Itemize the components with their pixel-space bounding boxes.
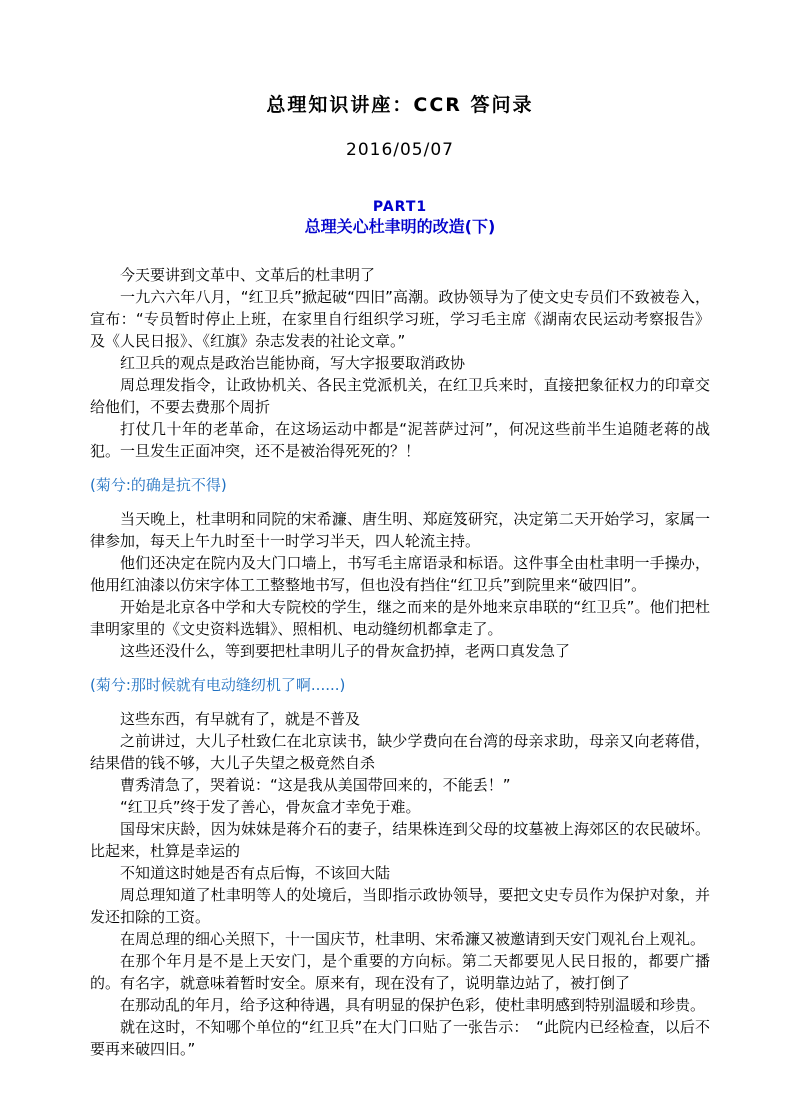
part-label: PART1 bbox=[90, 200, 710, 214]
annotation-line: (菊兮:的确是抗不得) bbox=[90, 474, 710, 496]
paragraph: 曹秀清急了，哭着说：“这是我从美国带回来的，不能丢！” bbox=[90, 774, 710, 796]
paragraph: 周总理知道了杜聿明等人的处境后，当即指示政协领导，要把文史专员作为保护对象，并发… bbox=[90, 884, 710, 928]
paragraph: 打仗几十年的老革命，在这场运动中都是“泥菩萨过河”，何况这些前半生追随老蒋的战犯… bbox=[90, 418, 710, 462]
part-title: 总理关心杜聿明的改造(下) bbox=[90, 218, 710, 236]
paragraph: 他们还决定在院内及大门口墙上，书写毛主席语录和标语。这件事全由杜聿明一手操办，他… bbox=[90, 552, 710, 596]
paragraph: 一九六六年八月，“红卫兵”掀起破“四旧”高潮。政协领导为了使文史专员们不致被卷入… bbox=[90, 286, 710, 352]
paragraph: 这些东西，有早就有了，就是不普及 bbox=[90, 708, 710, 730]
paragraph: 在周总理的细心关照下，十一国庆节，杜聿明、宋希濂又被邀请到天安门观礼台上观礼。 bbox=[90, 928, 710, 950]
paragraph: 在那动乱的年月，给予这种待遇，具有明显的保护色彩，使杜聿明感到特别温暖和珍贵。 bbox=[90, 994, 710, 1016]
paragraph: 在那个年月是不是上天安门，是个重要的方向标。第二天都要见人民日报的，都要广播的。… bbox=[90, 950, 710, 994]
article-body: 今天要讲到文革中、文革后的杜聿明了一九六六年八月，“红卫兵”掀起破“四旧”高潮。… bbox=[90, 264, 710, 1060]
paragraph: 不知道这时她是否有点后悔，不该回大陆 bbox=[90, 862, 710, 884]
paragraph: 就在这时，不知哪个单位的“红卫兵”在大门口贴了一张告示： “此院内已经检查，以后… bbox=[90, 1016, 710, 1060]
paragraph: 开始是北京各中学和大专院校的学生，继之而来的是外地来京串联的“红卫兵”。他们把杜… bbox=[90, 596, 710, 640]
paragraph: 红卫兵的观点是政治岂能协商，写大字报要取消政协 bbox=[90, 352, 710, 374]
paragraph: 当天晚上，杜聿明和同院的宋希濂、唐生明、郑庭笈研究，决定第二天开始学习，家属一律… bbox=[90, 508, 710, 552]
document-page: 总理知识讲座：CCR 答问录 2016/05/07 PART1 总理关心杜聿明的… bbox=[0, 0, 800, 1100]
document-date: 2016/05/07 bbox=[90, 140, 710, 160]
paragraph: “红卫兵”终于发了善心，骨灰盒才幸免于难。 bbox=[90, 796, 710, 818]
paragraph: 这些还没什么，等到要把杜聿明儿子的骨灰盒扔掉，老两口真发急了 bbox=[90, 640, 710, 662]
document-title: 总理知识讲座：CCR 答问录 bbox=[90, 94, 710, 116]
paragraph: 周总理发指令，让政协机关、各民主党派机关，在红卫兵来时，直接把象征权力的印章交给… bbox=[90, 374, 710, 418]
annotation-line: (菊兮:那时候就有电动缝纫机了啊......) bbox=[90, 674, 710, 696]
paragraph: 国母宋庆龄，因为妹妹是蒋介石的妻子，结果株连到父母的坟墓被上海郊区的农民破坏。比… bbox=[90, 818, 710, 862]
paragraph: 之前讲过，大儿子杜致仁在北京读书，缺少学费向在台湾的母亲求助，母亲又向老蒋借，结… bbox=[90, 730, 710, 774]
paragraph: 今天要讲到文革中、文革后的杜聿明了 bbox=[90, 264, 710, 286]
